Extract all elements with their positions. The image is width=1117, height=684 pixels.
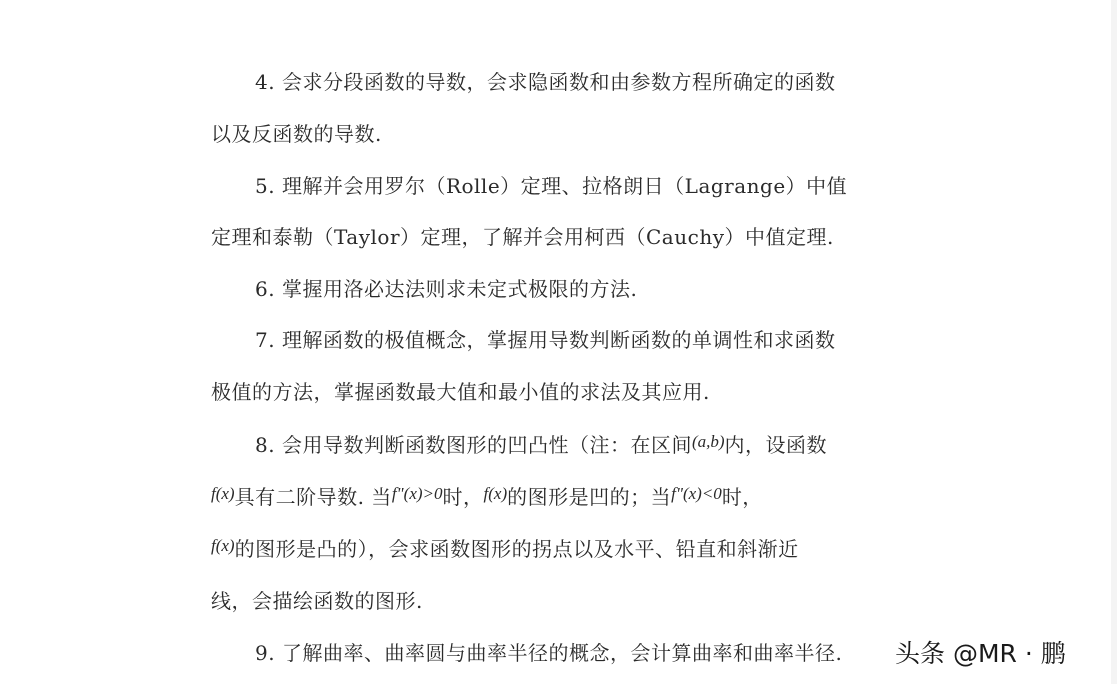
text-segment: 的图形是凸的），会求函数图形的拐点以及水平、铅直和斜渐近 bbox=[235, 537, 799, 561]
math-fx: f(x) bbox=[211, 536, 235, 555]
text-segment: 时， bbox=[722, 485, 763, 509]
text-segment: 具有二阶导数. 当 bbox=[235, 485, 392, 509]
toutiao-watermark: 头条 @MR · 鹏 bbox=[895, 634, 1066, 670]
math-second-derivative-positive: f"(x)>0 bbox=[392, 484, 443, 503]
item-8-line-1: 8. 会用导数判断函数图形的凹凸性（注：在区间(a,b)内，设函数 bbox=[255, 431, 827, 461]
item-4-line-1: 4. 会求分段函数的导数，会求隐函数和由参数方程所确定的函数 bbox=[255, 68, 835, 96]
item-6-line-1: 6. 掌握用洛必达法则求未定式极限的方法. bbox=[255, 275, 637, 303]
item-5-line-1: 5. 理解并会用罗尔（Rolle）定理、拉格朗日（Lagrange）中值 bbox=[255, 172, 847, 200]
item-8-text-after: 内，设函数 bbox=[725, 433, 828, 457]
text-segment: 的图形是凹的；当 bbox=[507, 485, 671, 509]
math-fx: f(x) bbox=[484, 484, 508, 503]
item-5-line-2: 定理和泰勒（Taylor）定理，了解并会用柯西（Cauchy）中值定理. bbox=[211, 223, 834, 251]
item-4-line-2: 以及反函数的导数. bbox=[211, 120, 382, 148]
item-8-line-2: f(x)具有二阶导数. 当f"(x)>0时，f(x)的图形是凹的；当f"(x)<… bbox=[211, 483, 763, 513]
item-7-line-2: 极值的方法，掌握函数最大值和最小值的求法及其应用. bbox=[211, 378, 710, 406]
math-interval: (a,b) bbox=[692, 432, 725, 451]
text-segment: 时， bbox=[443, 485, 484, 509]
math-fx: f(x) bbox=[211, 484, 235, 503]
item-8-line-3: f(x)的图形是凸的），会求函数图形的拐点以及水平、铅直和斜渐近 bbox=[211, 535, 799, 565]
item-9-line-1: 9. 了解曲率、曲率圆与曲率半径的概念，会计算曲率和曲率半径. bbox=[255, 639, 842, 667]
math-second-derivative-negative: f"(x)<0 bbox=[671, 484, 722, 503]
item-8-text-before: 8. 会用导数判断函数图形的凹凸性（注：在区间 bbox=[255, 433, 692, 457]
item-8-line-4: 线，会描绘函数的图形. bbox=[211, 587, 423, 615]
page-edge bbox=[1111, 0, 1117, 684]
item-7-line-1: 7. 理解函数的极值概念，掌握用导数判断函数的单调性和求函数 bbox=[255, 326, 835, 354]
